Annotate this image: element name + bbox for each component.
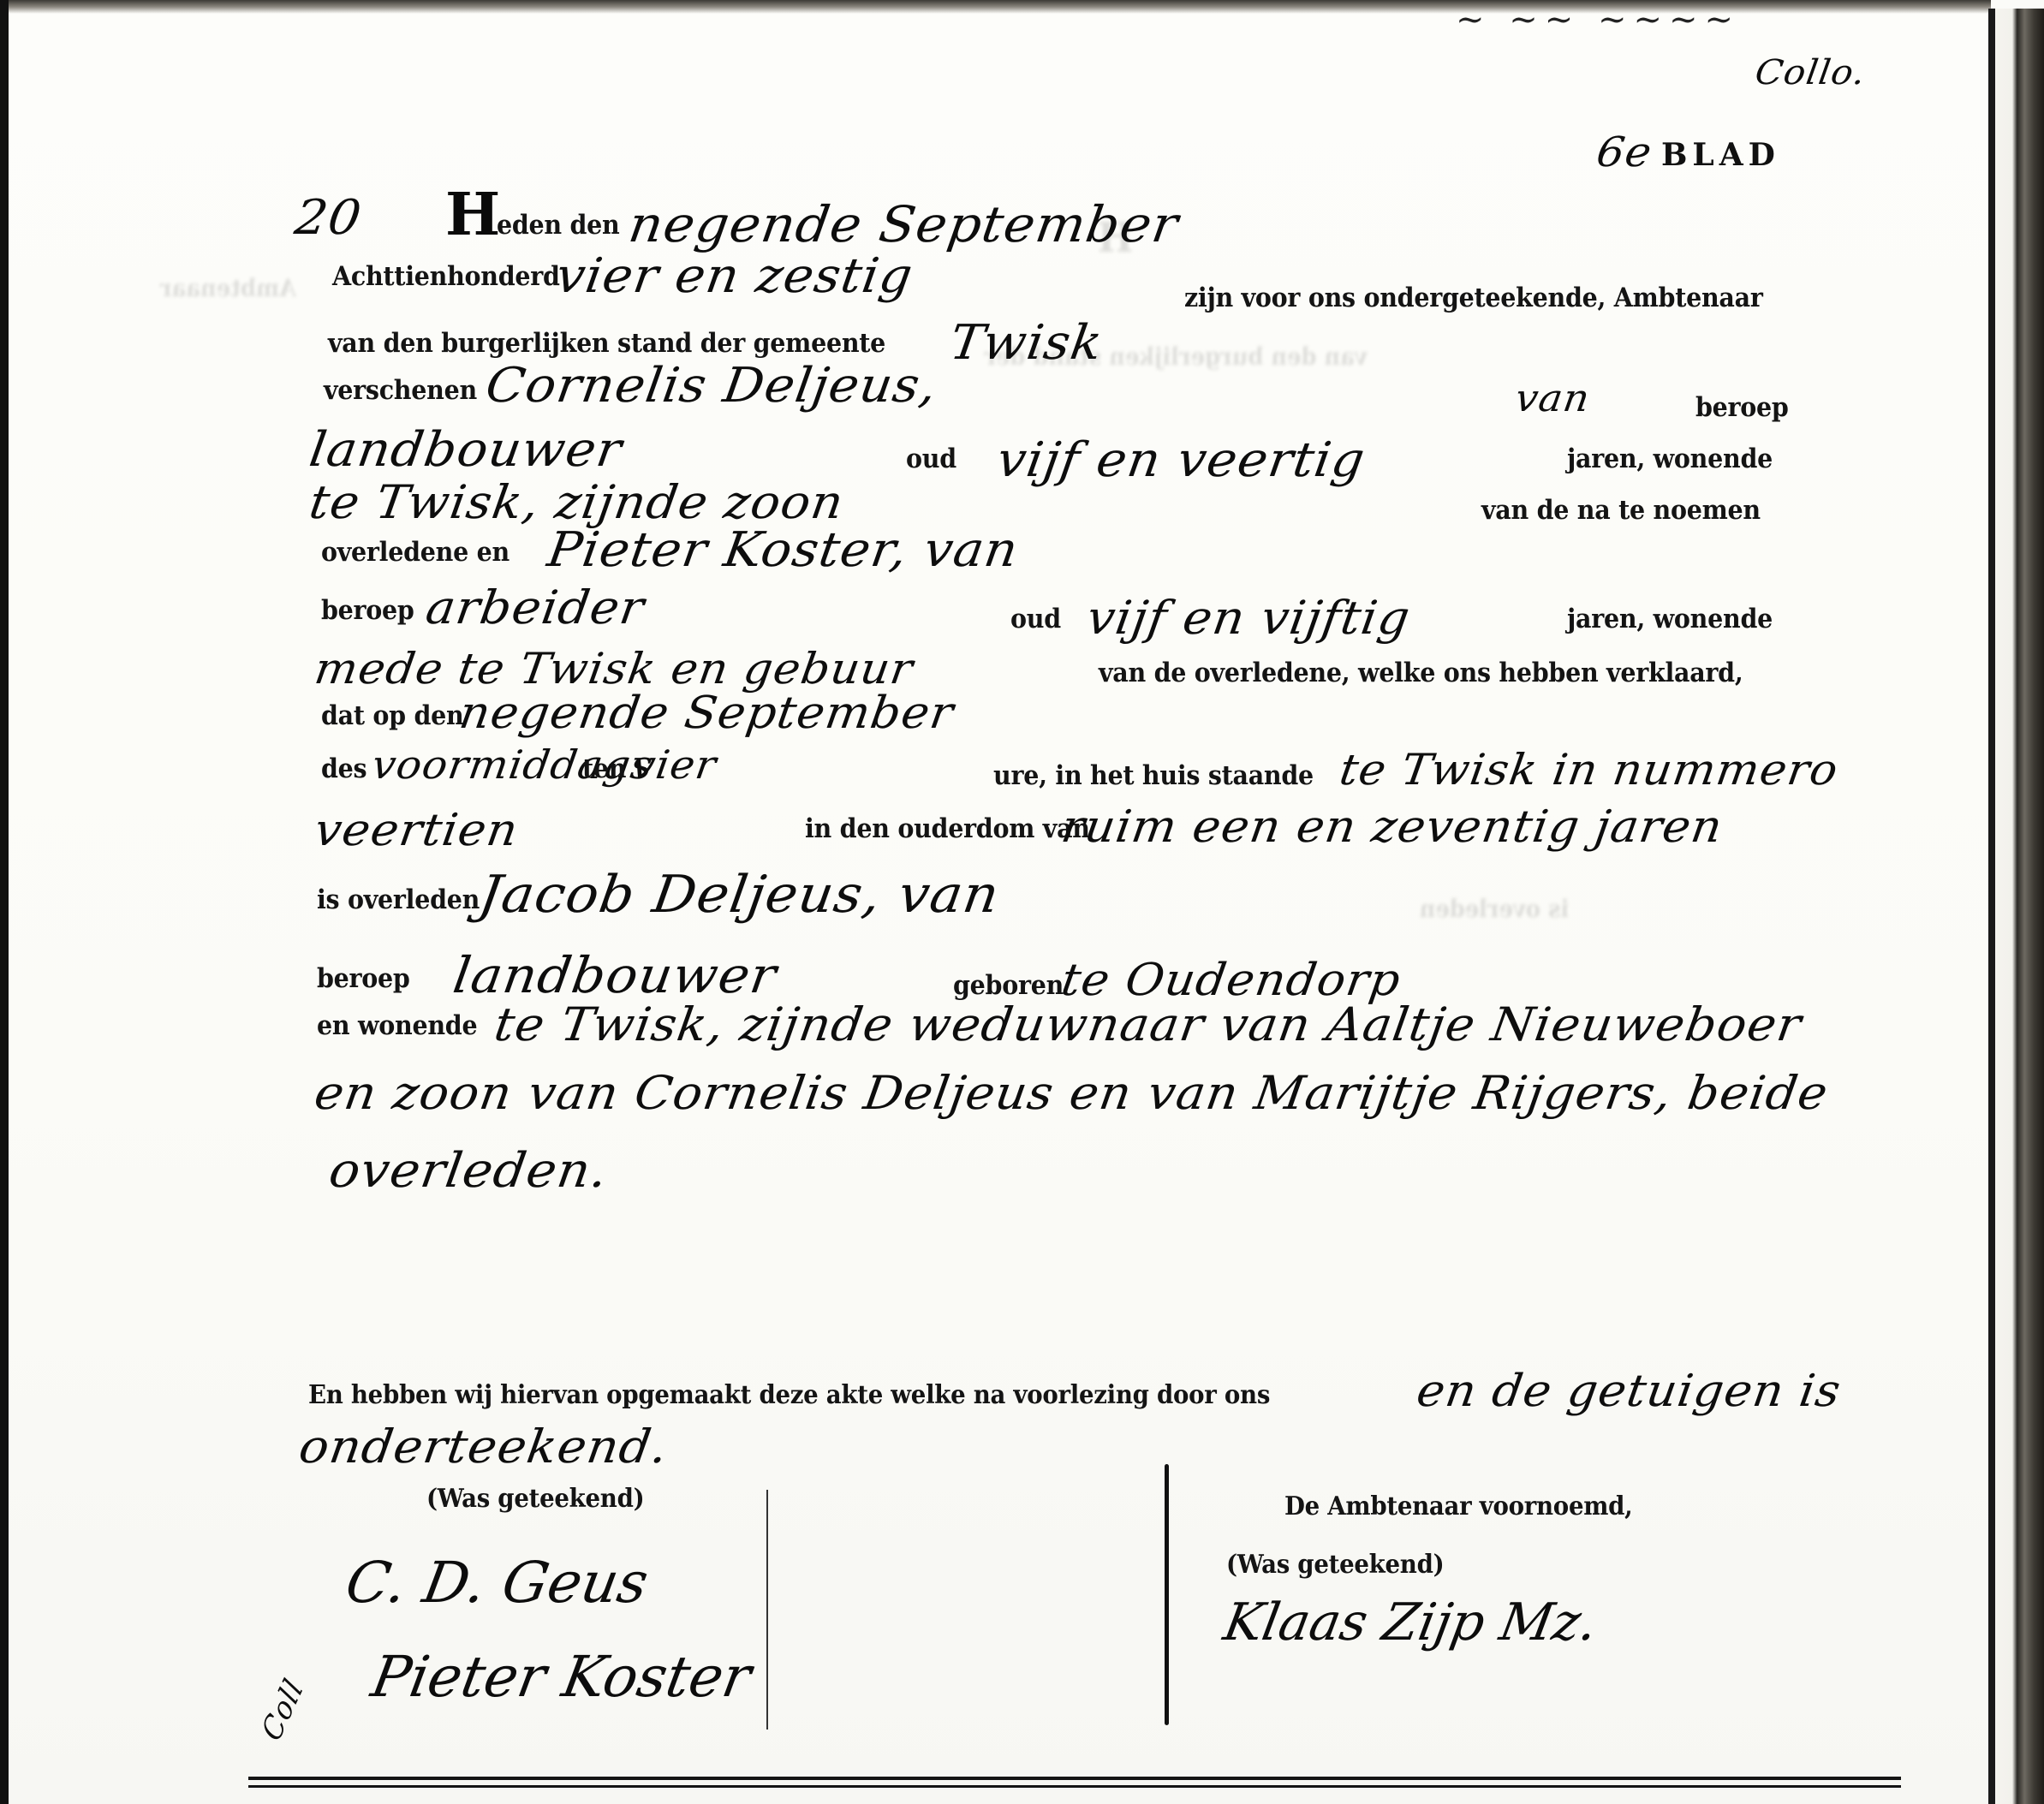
bottom-rule-bottom: [248, 1785, 1901, 1788]
page-label-blad: BLAD: [1661, 137, 1780, 173]
bleed-through-text: is overleden: [1420, 895, 1570, 923]
signed-label-right: (Was geteekend): [1226, 1550, 1444, 1580]
handwritten-declarant-2: Pieter Koster, van: [544, 522, 1022, 578]
handwritten-occupation-2: arbeider: [422, 580, 648, 634]
printed-text: des: [321, 753, 366, 784]
handwritten-municipality: Twisk: [946, 315, 1106, 371]
handwritten-occupation-1: landbouwer: [306, 422, 626, 478]
signed-label-left: (Was geteekend): [426, 1484, 644, 1514]
drop-cap-h: H: [445, 186, 500, 244]
printed-text: oud: [1010, 604, 1061, 634]
page-number-handwritten: 6e: [1594, 128, 1655, 176]
page-left-edge: [0, 0, 9, 1804]
printed-text: zijn voor ons ondergeteekende, Ambtenaar: [1184, 283, 1763, 313]
margin-note-top-right: Collo.: [1753, 53, 1868, 92]
printed-text: beroep: [321, 595, 414, 626]
handwritten-deceased-name: Jacob Deljeus, van: [475, 865, 1004, 925]
handwritten-occupation-deceased: landbouwer: [450, 946, 781, 1004]
handwritten-year: vier en zestig: [552, 248, 916, 304]
handwritten-house-location: te Twisk in nummero: [1337, 745, 1842, 795]
printed-text: beroep: [1695, 392, 1789, 423]
page-right-edge: [1988, 9, 1995, 1804]
printed-text: van de na te noemen: [1481, 495, 1761, 526]
handwritten-death-date: negende September: [456, 688, 957, 739]
printed-text: verschenen: [324, 375, 477, 406]
bleed-through-text: Ambtenaar: [160, 274, 296, 302]
signature-bracket: [1165, 1464, 1169, 1725]
column-divider: [766, 1490, 768, 1730]
printed-text: ure, in het huis staande: [993, 760, 1314, 791]
record-number: 20: [291, 190, 366, 246]
handwritten-closing: en de getuigen is: [1414, 1366, 1844, 1417]
printed-closing-text: En hebben wij hiervan opgemaakt deze akt…: [308, 1380, 1270, 1410]
handwritten-parents: en zoon van Cornelis Deljeus en van Mari…: [311, 1066, 1832, 1120]
printed-text: van de overledene, welke ons hebben verk…: [1099, 658, 1743, 688]
printed-text: overledene en: [321, 537, 510, 568]
printed-text: beroep: [317, 963, 410, 994]
handwritten-hour: vier: [629, 741, 720, 788]
printed-text: ten: [582, 753, 626, 784]
handwritten-residence-deceased: te Twisk, zijnde weduwnaar van Aaltje Ni…: [491, 997, 1805, 1051]
printed-text: jaren, wonende: [1567, 444, 1773, 474]
handwritten-signed: onderteekend.: [295, 1420, 671, 1474]
printed-text: dat op den: [321, 700, 463, 731]
handwritten-declarant-1: Cornelis Deljeus,: [482, 358, 941, 414]
margin-note-bottom-left: Coll: [255, 1673, 310, 1747]
signature-declarant-1: C. D. Geus: [341, 1550, 653, 1616]
printed-text: is overleden: [317, 884, 480, 915]
printed-text: jaren, wonende: [1567, 604, 1773, 634]
document-page: H van den burgerlijken stand der is over…: [0, 0, 1991, 1804]
handwritten-date: negende September: [625, 195, 1183, 253]
printed-text: geboren: [953, 970, 1064, 1001]
book-binding: [1995, 9, 2044, 1804]
handwritten-age-1: vijf en veertig: [993, 432, 1368, 488]
handwritten-house-number: veertien: [312, 805, 522, 856]
bottom-rule-top: [248, 1777, 1901, 1780]
handwritten-residence-1: te Twisk, zijnde zoon: [306, 475, 847, 529]
handwritten-residence-2: mede te Twisk en gebuur: [312, 644, 917, 694]
printed-text: in den ouderdom van: [805, 813, 1090, 844]
printed-text: en wonende: [317, 1010, 477, 1041]
handwritten-text: van: [1512, 377, 1593, 420]
printed-text: oud: [906, 444, 956, 474]
top-edge-handwriting: ~ ~~ ~~~~: [1456, 0, 1740, 39]
handwritten-text: overleden.: [325, 1143, 611, 1199]
printed-text: Achttienhonderd: [332, 261, 560, 292]
handwritten-age-2: vijf en vijftig: [1083, 591, 1414, 645]
signature-official: Klaas Zijp Mz.: [1219, 1593, 1602, 1652]
official-heading: De Ambtenaar voornoemd,: [1284, 1491, 1633, 1521]
handwritten-age-deceased: ruim een en zeventig jaren: [1058, 801, 1726, 853]
signature-declarant-2: Pieter Koster: [366, 1644, 756, 1710]
printed-text: van den burgerlijken stand der gemeente: [328, 328, 885, 359]
printed-text: eden den: [497, 210, 620, 241]
